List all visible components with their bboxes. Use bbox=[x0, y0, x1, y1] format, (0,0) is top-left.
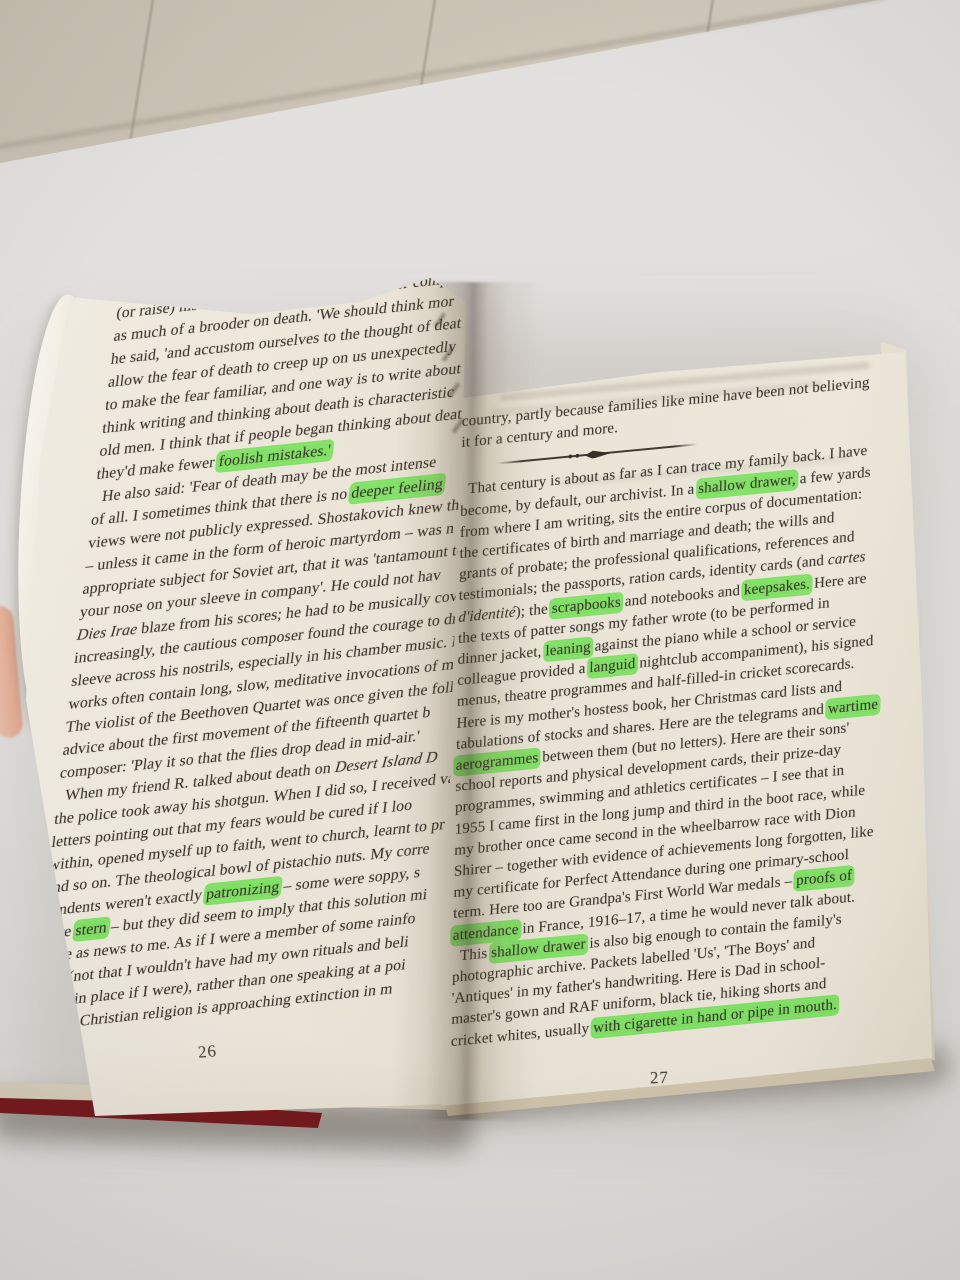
highlighted-text: languid bbox=[589, 656, 635, 676]
text-segment: ); the bbox=[516, 601, 552, 620]
photo-of-open-book: (or raise) his bet with Shostakovich, a … bbox=[0, 0, 960, 1280]
highlighted-text: attendance bbox=[453, 921, 519, 943]
highlighted-text: leaning bbox=[545, 639, 591, 659]
text-segment: Here are bbox=[810, 570, 867, 591]
tiled-wall-background bbox=[0, 0, 960, 260]
page-number-right: 27 bbox=[650, 1068, 670, 1089]
highlighted-text: proofs of bbox=[796, 868, 852, 889]
tile-grout-line bbox=[124, 0, 155, 173]
highlighted-text: wartime bbox=[828, 696, 879, 717]
right-page-text: country, partly because families like mi… bbox=[451, 371, 884, 1052]
text-segment: cartes bbox=[828, 549, 866, 569]
highlighted-text: stern bbox=[74, 919, 107, 939]
page-number-left: 26 bbox=[197, 1041, 218, 1063]
tile-grout-line bbox=[406, 0, 437, 173]
text-segment: This bbox=[452, 945, 491, 965]
text-segment: d'identité bbox=[458, 604, 516, 626]
highlighted-text: keepsakes. bbox=[744, 576, 810, 598]
